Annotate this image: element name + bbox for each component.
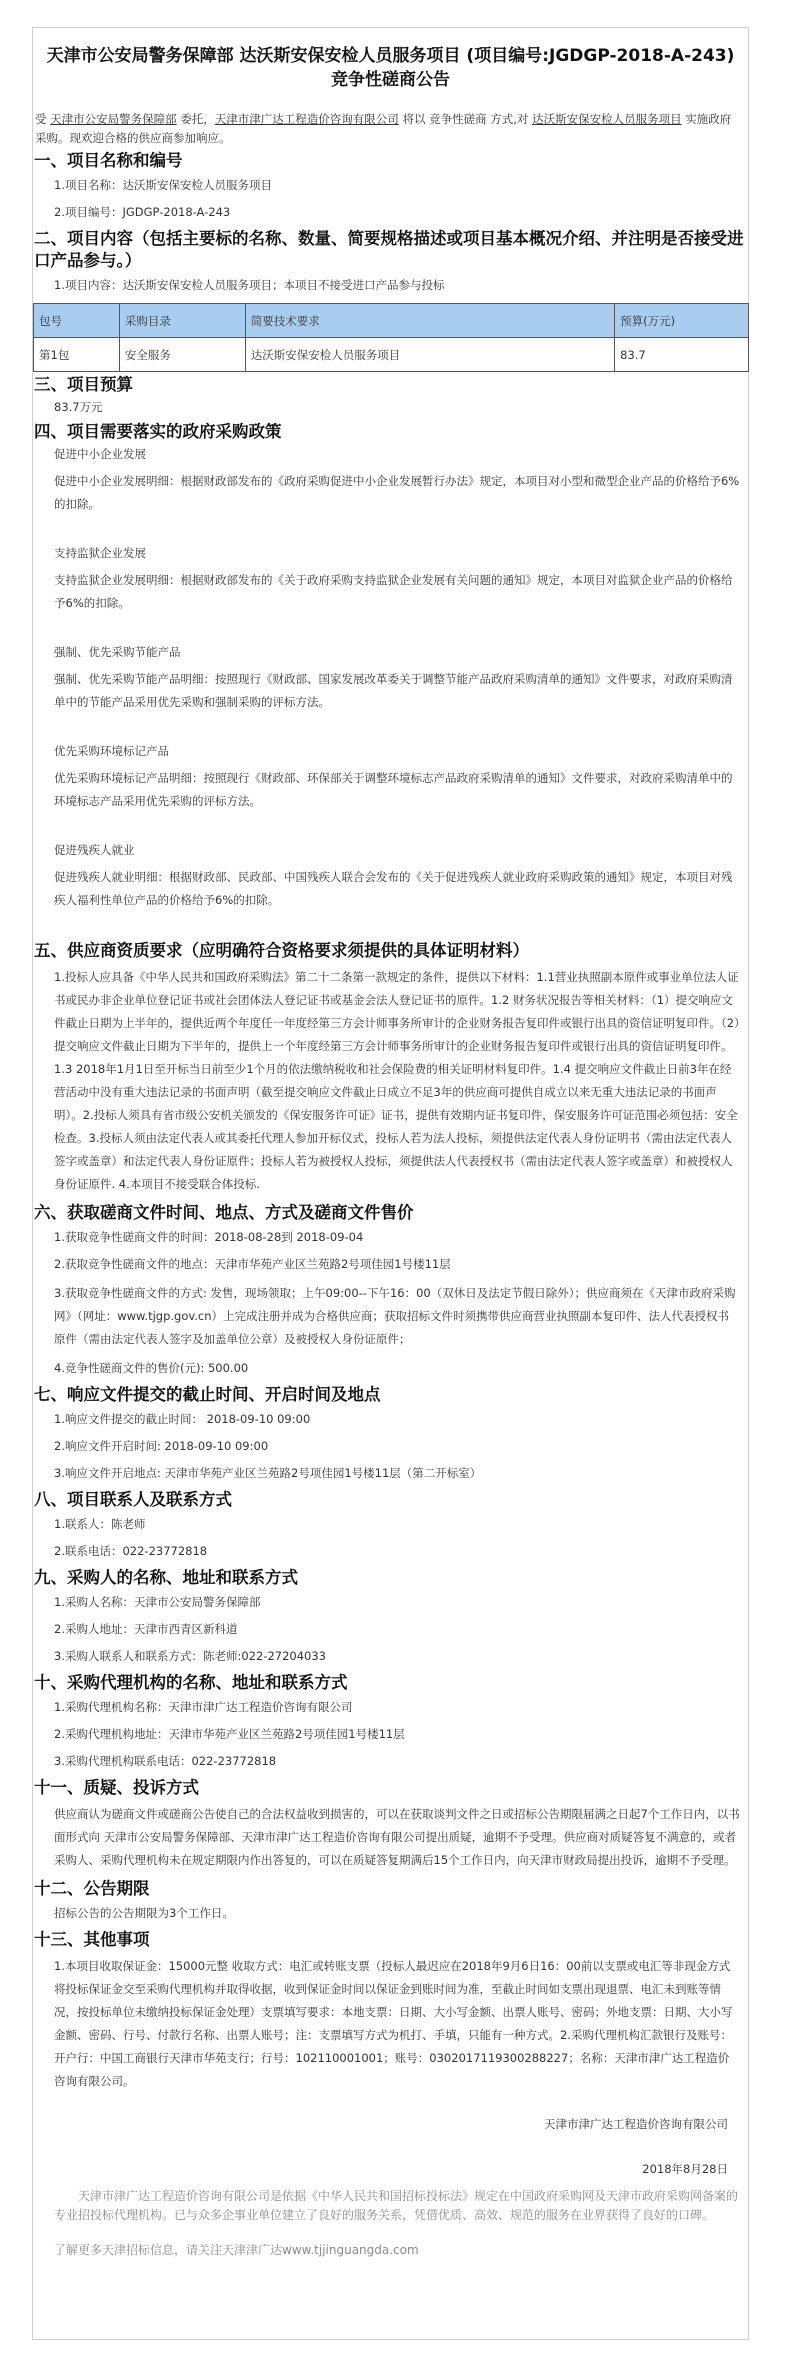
- table-row: 第1包 安全服务 达沃斯安保安检人员服务项目 83.7: [34, 338, 749, 372]
- doc-location: 2.获取竞争性磋商文件的地点：天津市华苑产业区兰苑路2号项佳园1号楼11层: [33, 1251, 748, 1278]
- policy-detail: 优先采购环境标记产品明细：按照现行《财政部、环保部关于调整环境标志产品政府采购清…: [33, 763, 748, 817]
- agency-address: 2.采购代理机构地址：天津市华苑产业区兰苑路2号项佳园1号楼11层: [33, 1721, 748, 1748]
- doc-price: 4.竞争性磋商文件的售价(元): 500.00: [33, 1355, 748, 1382]
- doc-method: 3.获取竞争性磋商文件的方式: 发售，现场领取；上午09:00--下午16：00…: [33, 1278, 748, 1355]
- budget-value: 83.7万元: [33, 396, 748, 419]
- cell-budget: 83.7: [615, 338, 749, 372]
- section-heading-6: 六、获取磋商文件时间、地点、方式及磋商文件售价: [33, 1202, 748, 1224]
- agency-name: 1.采购代理机构名称：天津市津广达工程造价咨询有限公司: [33, 1694, 748, 1721]
- policy-detail: 强制、优先采购节能产品明细：按照现行《财政部、国家发展改革委关于调整节能产品政府…: [33, 664, 748, 718]
- section-heading-12: 十二、公告期限: [33, 1878, 748, 1900]
- policy-name: 支持监狱企业发展: [33, 542, 748, 565]
- intro-prefix: 受: [35, 112, 50, 126]
- section-heading-13: 十三、其他事项: [33, 1929, 748, 1951]
- section-heading-8: 八、项目联系人及联系方式: [33, 1489, 748, 1511]
- package-table: 包号 采购目录 简要技术要求 预算(万元) 第1包 安全服务 达沃斯安保安检人员…: [33, 303, 749, 372]
- policy-detail: 支持监狱企业发展明细：根据财政部发布的《关于政府采购支持监狱企业发展有关问题的通…: [33, 565, 748, 619]
- policy-detail: 促进残疾人就业明细：根据财政部、民政部、中国残疾人联合会发布的《关于促进残疾人就…: [33, 862, 748, 916]
- supplier-requirements: 1.投标人应具备《中华人民共和国政府采购法》第二十二条第一款规定的条件，提供以下…: [33, 962, 748, 1200]
- section-heading-4: 四、项目需要落实的政府采购政策: [33, 421, 748, 443]
- policy-detail: 促进中小企业发展明细：根据财政部发布的《政府采购促进中小企业发展暂行办法》规定，…: [33, 466, 748, 520]
- section-heading-7: 七、响应文件提交的截止时间、开启时间及地点: [33, 1384, 748, 1406]
- policy-name: 促进中小企业发展: [33, 443, 748, 466]
- intro-mid-1: 委托，: [177, 112, 215, 126]
- complaint-method: 供应商认为磋商文件或磋商公告使自己的合法权益收到损害的，可以在获取谈判文件之日或…: [33, 1799, 748, 1876]
- intro-paragraph: 受 天津市公安局警务保障部 委托，天津市津广达工程造价咨询有限公司 将以 竞争性…: [35, 110, 740, 148]
- purchaser-link[interactable]: 天津市公安局警务保障部: [50, 112, 177, 126]
- contact-phone: 2.联系电话：022-23772818: [33, 1538, 748, 1565]
- section-heading-9: 九、采购人的名称、地址和联系方式: [33, 1567, 748, 1589]
- policy-name: 优先采购环境标记产品: [33, 740, 748, 763]
- title-line-2: 竞争性磋商公告: [35, 68, 746, 92]
- opening-time: 2.响应文件开启时间: 2018-09-10 09:00: [33, 1433, 748, 1460]
- col-package-no: 包号: [34, 304, 120, 338]
- section-heading-10: 十、采购代理机构的名称、地址和联系方式: [33, 1672, 748, 1694]
- cell-package-no: 第1包: [34, 338, 120, 372]
- col-catalog: 采购目录: [119, 304, 245, 338]
- intro-mid-2: 将以 竞争性磋商 方式,对: [399, 112, 532, 126]
- project-content: 1.项目内容：达沃斯安保安检人员服务项目；本项目不接受进口产品参与投标: [33, 272, 748, 299]
- section-heading-11: 十一、质疑、投诉方式: [33, 1777, 748, 1799]
- opening-location: 3.响应文件开启地点: 天津市华苑产业区兰苑路2号项佳园1号楼11层（第二开标室…: [33, 1460, 748, 1487]
- title-line-1: 天津市公安局警务保障部 达沃斯安保安检人员服务项目 (项目编号:JGDGP-20…: [35, 44, 746, 68]
- purchaser-contact: 3.采购人联系人和联系方式：陈老师:022-27204033: [33, 1643, 748, 1670]
- signature-company: 天津市津广达工程造价咨询有限公司: [33, 2111, 748, 2138]
- project-link[interactable]: 达沃斯安保安检人员服务项目: [532, 112, 682, 126]
- project-number: 2.项目编号：JGDGP-2018-A-243: [33, 199, 748, 226]
- section-heading-5: 五、供应商资质要求（应明确符合资格要求须提供的具体证明材料）: [33, 940, 748, 962]
- contact-person: 1.联系人：陈老师: [33, 1511, 748, 1538]
- table-header-row: 包号 采购目录 简要技术要求 预算(万元): [34, 304, 749, 338]
- project-name: 1.项目名称：达沃斯安保安检人员服务项目: [33, 172, 748, 199]
- section-heading-2: 二、项目内容（包括主要标的名称、数量、简要规格描述或项目基本概况介绍、并注明是否…: [33, 228, 748, 272]
- policy-name: 促进残疾人就业: [33, 839, 748, 862]
- more-info-link[interactable]: 了解更多天津招标信息，请关注天津津广达www.tjjinguangda.com: [33, 2241, 748, 2260]
- doc-time: 1.获取竞争性磋商文件的时间：2018-08-28到 2018-09-04: [33, 1224, 748, 1251]
- purchaser-name: 1.采购人名称：天津市公安局警务保障部: [33, 1589, 748, 1616]
- announcement-page: 天津市公安局警务保障部 达沃斯安保安检人员服务项目 (项目编号:JGDGP-20…: [32, 27, 749, 2340]
- cell-catalog: 安全服务: [119, 338, 245, 372]
- section-heading-3: 三、项目预算: [33, 374, 748, 396]
- notice-period: 招标公告的公告期限为3个工作日。: [33, 1900, 748, 1927]
- col-budget: 预算(万元): [615, 304, 749, 338]
- page-title: 天津市公安局警务保障部 达沃斯安保安检人员服务项目 (项目编号:JGDGP-20…: [33, 44, 748, 92]
- agency-phone: 3.采购代理机构联系电话：022-23772818: [33, 1748, 748, 1775]
- purchaser-address: 2.采购人地址：天津市西青区新科道: [33, 1616, 748, 1643]
- other-matters: 1.本项目收取保证金：15000元整 收取方式：电汇或转账支票（投标人最迟应在2…: [33, 1951, 748, 2097]
- section-heading-1: 一、项目名称和编号: [33, 150, 748, 172]
- submission-deadline: 1.响应文件提交的截止时间： 2018-09-10 09:00: [33, 1406, 748, 1433]
- signature-date: 2018年8月28日: [33, 2156, 748, 2183]
- agency-about: 天津市津广达工程造价咨询有限公司是依据《中华人民共和国招标投标法》规定在中国政府…: [33, 2187, 748, 2225]
- col-tech-req: 简要技术要求: [245, 304, 614, 338]
- agency-link[interactable]: 天津市津广达工程造价咨询有限公司: [215, 112, 399, 126]
- cell-tech-req: 达沃斯安保安检人员服务项目: [245, 338, 614, 372]
- policy-name: 强制、优先采购节能产品: [33, 641, 748, 664]
